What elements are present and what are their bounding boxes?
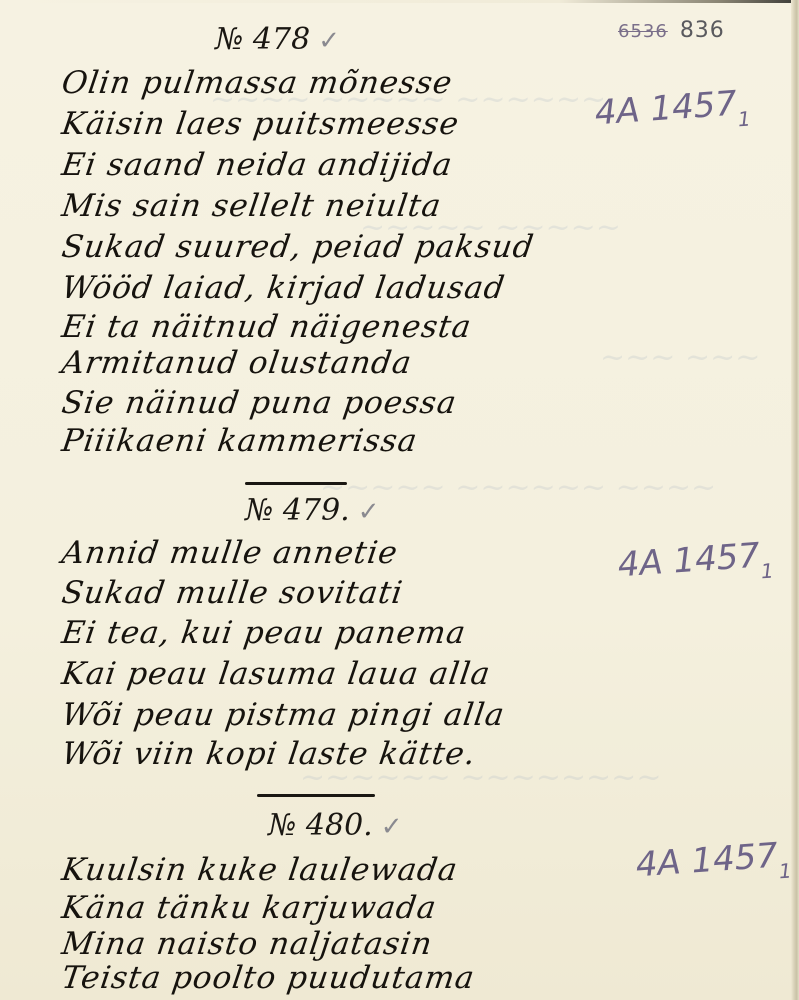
checkmark-icon: ✓ bbox=[318, 26, 340, 56]
page-top-edge bbox=[0, 0, 799, 3]
verse-line: Mina naisto naljatasin bbox=[59, 926, 434, 962]
verse-line: Sukad mulle sovitati bbox=[59, 575, 405, 611]
archive-reference-main: 4A 1457 bbox=[617, 536, 762, 586]
verse-line: Kai peau lasuma laua alla bbox=[59, 656, 492, 692]
section-divider bbox=[257, 794, 375, 797]
verse-line: Käna tänku karjuwada bbox=[59, 890, 439, 926]
archive-reference: 4A 14571 bbox=[617, 535, 775, 594]
verse-line: Sie näinud puna poessa bbox=[59, 385, 459, 421]
verse-line: Mis sain sellelt neiulta bbox=[59, 188, 443, 224]
catalog-number-struck: 6536 bbox=[618, 21, 668, 42]
catalog-number-current: 836 bbox=[680, 18, 725, 43]
verse-line: Olin pulmassa mõnesse bbox=[59, 65, 454, 101]
checkmark-icon: ✓ bbox=[381, 812, 403, 842]
song-number: № 479.✓ bbox=[245, 493, 380, 528]
song-number-label: № 479. bbox=[245, 493, 350, 528]
archive-reference-sub: 1 bbox=[760, 559, 774, 584]
verse-line: Teista poolto puudutama bbox=[59, 960, 477, 996]
archive-reference: 4A 14571 bbox=[635, 835, 793, 894]
archive-reference-sub: 1 bbox=[737, 107, 751, 132]
section-divider bbox=[245, 482, 347, 485]
verse-line: Annid mulle annetie bbox=[59, 535, 400, 571]
verse-line: Sukad suured, peiad paksud bbox=[59, 229, 536, 265]
verse-line: Piiikaeni kammerissa bbox=[59, 423, 419, 459]
manuscript-page: ~~~~ ~~~~~ ~~~~~~ ~~~~~ ~~~~~ ~~~ ~~~ ~~… bbox=[0, 0, 799, 1000]
verse-line: Kuulsin kuke laulewada bbox=[59, 852, 460, 888]
bleed-through-text: ~~~ ~~~ bbox=[600, 340, 760, 375]
song-number-label: № 478 bbox=[215, 22, 310, 57]
verse-line: Armitanud olustanda bbox=[59, 345, 414, 381]
checkmark-icon: ✓ bbox=[358, 497, 380, 527]
verse-line: Käisin laes puitsmeesse bbox=[59, 106, 461, 142]
verse-line: Ei tea, kui peau panema bbox=[59, 615, 468, 651]
verse-line: Ei ta näitnud näigenesta bbox=[59, 309, 473, 345]
song-number-label: № 480. bbox=[268, 808, 373, 843]
archive-reference: 4A 14571 bbox=[594, 83, 752, 142]
archive-reference-main: 4A 1457 bbox=[594, 84, 739, 134]
archive-reference-sub: 1 bbox=[778, 859, 792, 884]
verse-line: Ei saand neida andijida bbox=[59, 147, 454, 183]
song-number: № 480.✓ bbox=[268, 808, 403, 843]
catalog-number: 6536 836 bbox=[618, 18, 725, 43]
verse-line: Wõi peau pistma pingi alla bbox=[59, 697, 507, 733]
archive-reference-main: 4A 1457 bbox=[635, 836, 780, 886]
verse-line: Wõi viin kopi laste kätte. bbox=[59, 736, 478, 772]
verse-line: Wööd laiad, kirjad ladusad bbox=[59, 270, 507, 306]
song-number: № 478✓ bbox=[215, 22, 340, 57]
page-right-edge bbox=[791, 0, 799, 1000]
